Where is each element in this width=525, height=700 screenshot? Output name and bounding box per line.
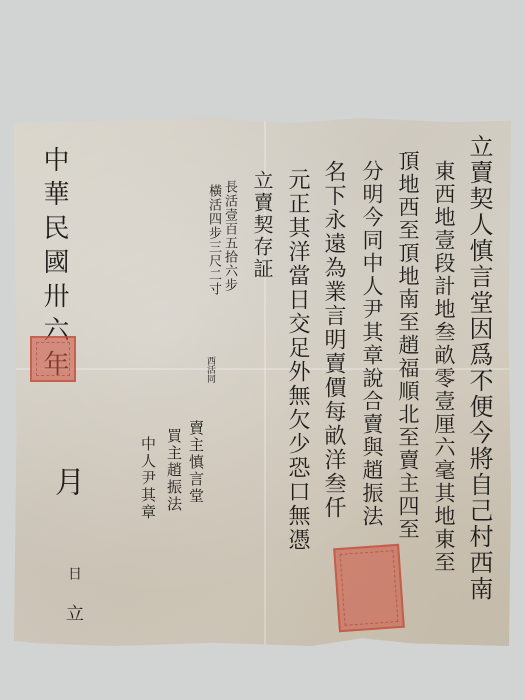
middleman-name: 中人尹其章	[138, 436, 159, 521]
deed-column-4: 分明今同中人尹其章說合賣與趙振法	[357, 160, 387, 528]
date-day: 日	[64, 566, 84, 582]
seal-date-icon	[30, 336, 76, 382]
seller-name: 賣主慎言堂	[186, 420, 207, 505]
deed-column-6: 元正其洋當日交足外無欠少恐口無憑	[282, 168, 313, 552]
deed-paper: 立賣契人慎言堂因爲不便今將自己村西南 東西地壹段計地叁畝零壹厘六毫其地東至 頂地…	[14, 118, 511, 646]
deed-column-2: 東西地壹段計地叁畝零壹厘六毫其地東至	[429, 160, 459, 574]
deed-column-7: 立賣契存証	[248, 170, 277, 280]
measurement-line-2: 橫活四步三尺二寸	[204, 184, 223, 296]
deed-column-5: 名下永遠為業言明賣價每畝洋叁仟	[318, 160, 349, 520]
measurement-line-2-suffix: 西活同	[204, 356, 217, 383]
buyer-name: 買主趙振法	[164, 428, 185, 513]
date-closing: 立	[60, 604, 86, 624]
deed-column-3: 頂地西至頂地南至趙福順北至賣主四至	[393, 150, 423, 541]
date-month: 月	[44, 466, 88, 498]
deed-column-1: 立賣契人慎言堂因爲不便今將自己村西南	[462, 134, 497, 602]
seal-price-icon	[333, 544, 405, 632]
